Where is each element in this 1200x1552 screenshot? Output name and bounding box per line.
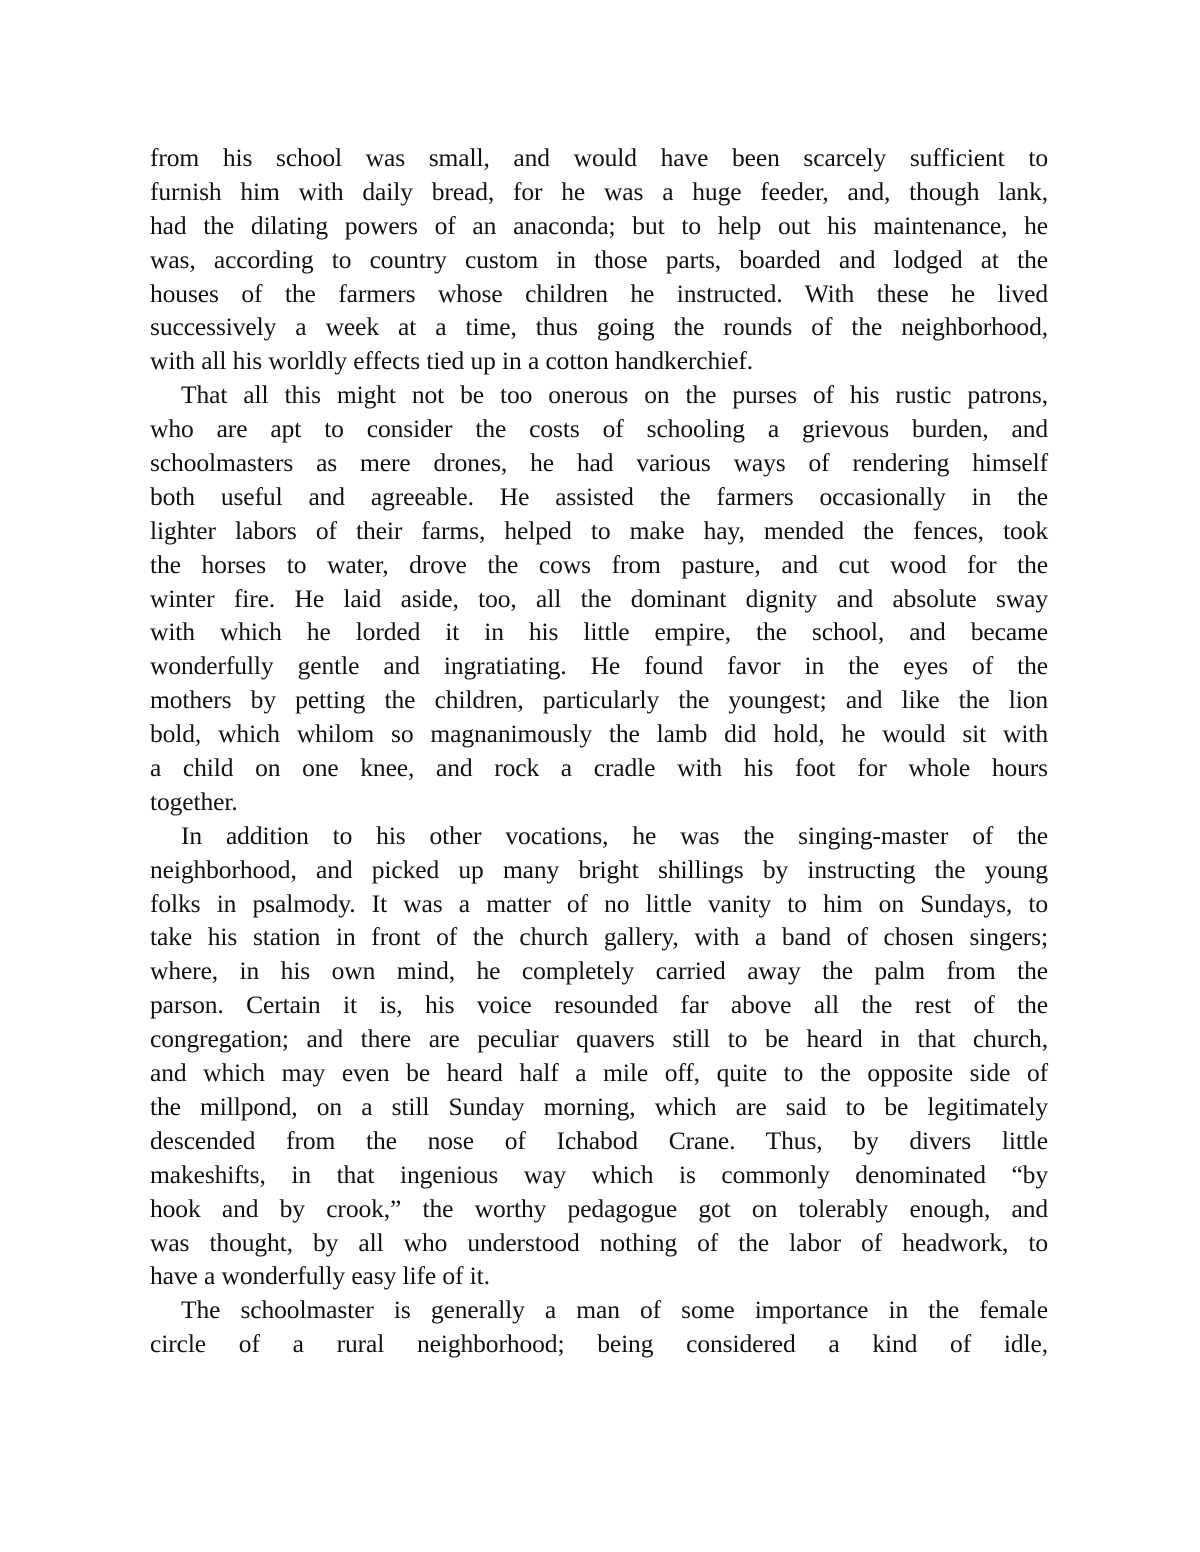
text-line: parson. Certain it is, his voice resound…	[150, 988, 1048, 1022]
text-line: the horses to water, drove the cows from…	[150, 548, 1048, 582]
text-line: had the dilating powers of an anaconda; …	[150, 209, 1048, 243]
text-line: folks in psalmody. It was a matter of no…	[150, 887, 1048, 921]
text-line: wonderfully gentle and ingratiating. He …	[150, 649, 1048, 683]
text-line: The schoolmaster is generally a man of s…	[150, 1293, 1048, 1327]
text-line: In addition to his other vocations, he w…	[150, 819, 1048, 853]
text-line: That all this might not be too onerous o…	[150, 378, 1048, 412]
text-line: schoolmasters as mere drones, he had var…	[150, 446, 1048, 480]
text-line: makeshifts, in that ingenious way which …	[150, 1158, 1048, 1192]
text-line: where, in his own mind, he completely ca…	[150, 954, 1048, 988]
document-page: from his school was small, and would hav…	[150, 141, 1048, 1361]
text-line: congregation; and there are peculiar qua…	[150, 1022, 1048, 1056]
text-line: from his school was small, and would hav…	[150, 141, 1048, 175]
text-line: together.	[150, 785, 1048, 819]
text-line: take his station in front of the church …	[150, 920, 1048, 954]
text-line: houses of the farmers whose children he …	[150, 277, 1048, 311]
text-line: who are apt to consider the costs of sch…	[150, 412, 1048, 446]
paragraph-2: That all this might not be too onerous o…	[150, 378, 1048, 819]
text-line: winter fire. He laid aside, too, all the…	[150, 582, 1048, 616]
text-line: mothers by petting the children, particu…	[150, 683, 1048, 717]
text-line: neighborhood, and picked up many bright …	[150, 853, 1048, 887]
text-line: successively a week at a time, thus goin…	[150, 310, 1048, 344]
text-line: lighter labors of their farms, helped to…	[150, 514, 1048, 548]
text-line: a child on one knee, and rock a cradle w…	[150, 751, 1048, 785]
text-line: hook and by crook,” the worthy pedagogue…	[150, 1192, 1048, 1226]
text-line: the millpond, on a still Sunday morning,…	[150, 1090, 1048, 1124]
text-line: circle of a rural neighborhood; being co…	[150, 1327, 1048, 1361]
paragraph-3: In addition to his other vocations, he w…	[150, 819, 1048, 1293]
text-line: and which may even be heard half a mile …	[150, 1056, 1048, 1090]
text-line: both useful and agreeable. He assisted t…	[150, 480, 1048, 514]
text-line: with all his worldly effects tied up in …	[150, 344, 1048, 378]
text-line: furnish him with daily bread, for he was…	[150, 175, 1048, 209]
text-line: bold, which whilom so magnanimously the …	[150, 717, 1048, 751]
text-line: was thought, by all who understood nothi…	[150, 1226, 1048, 1260]
text-line: was, according to country custom in thos…	[150, 243, 1048, 277]
text-line: descended from the nose of Ichabod Crane…	[150, 1124, 1048, 1158]
text-line: with which he lorded it in his little em…	[150, 615, 1048, 649]
paragraph-4: The schoolmaster is generally a man of s…	[150, 1293, 1048, 1361]
text-line: have a wonderfully easy life of it.	[150, 1259, 1048, 1293]
paragraph-1: from his school was small, and would hav…	[150, 141, 1048, 378]
